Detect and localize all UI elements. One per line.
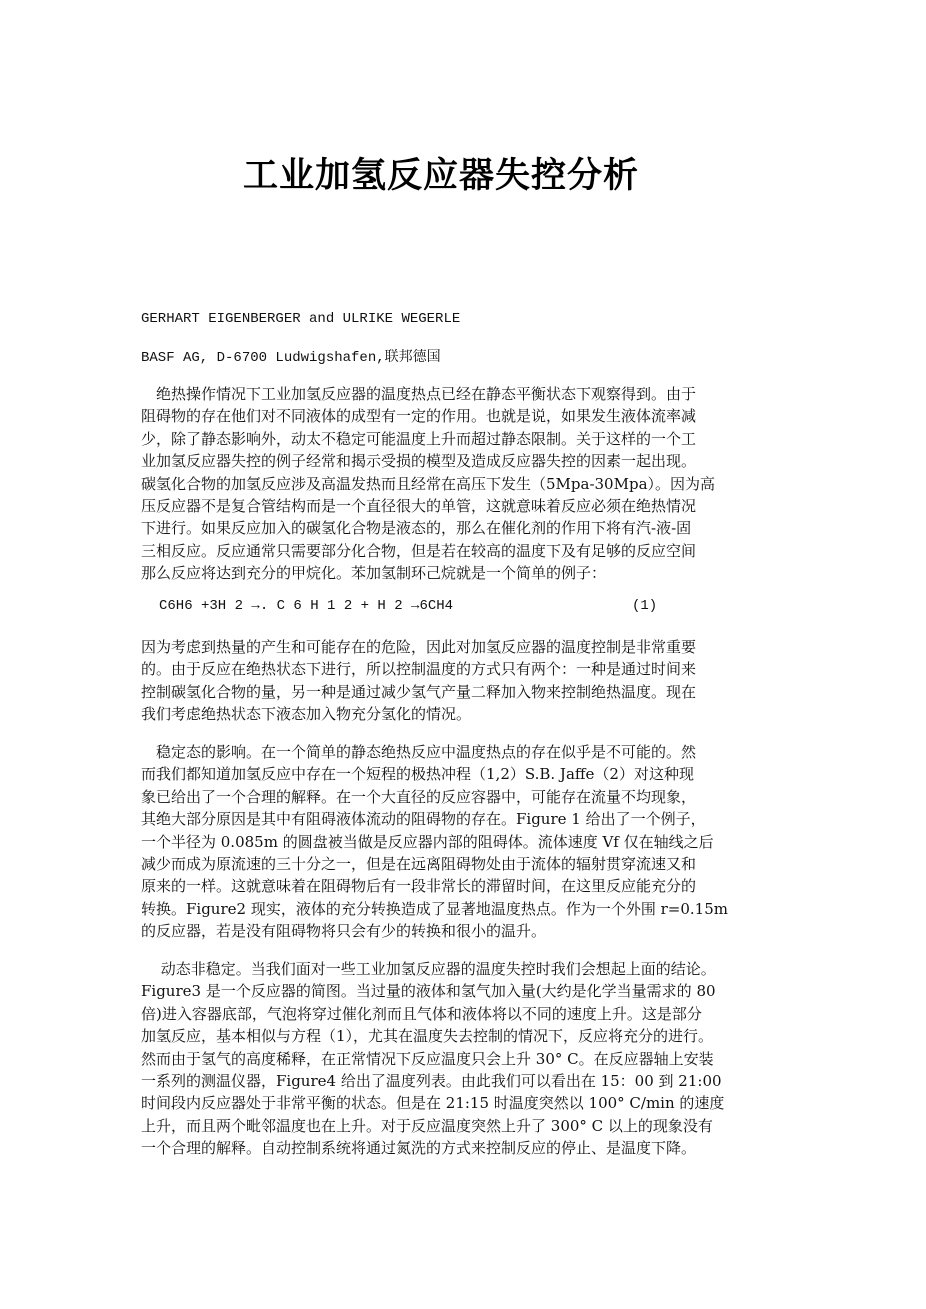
text-line: 倍)进入容器底部，气泡将穿过催化剂而且气体和液体将以不同的速度上升。这是部分 — [141, 1003, 811, 1025]
text-line: 的。由于反应在绝热状态下进行，所以控制温度的方式只有两个：一种是通过时间来 — [141, 658, 811, 680]
text-line: 因为考虑到热量的产生和可能存在的危险，因此对加氢反应器的温度控制是非常重要 — [141, 636, 811, 658]
text-line: 减少而成为原流速的三十分之一，但是在远离阻碍物处由于流体的辐射贯穿流速又和 — [141, 853, 811, 875]
text-line: 碳氢化合物的加氢反应涉及高温发热而且经常在高压下发生（5Mpa-30Mpa）。因… — [141, 473, 811, 495]
text-line: 转换。Figure2 现实，液体的充分转换造成了显著地温度热点。作为一个外围 r… — [141, 898, 811, 920]
text-line: 加氢反应，基本相似与方程（1），尤其在温度失去控制的情况下，反应将充分的进行。 — [141, 1025, 811, 1047]
text-line: 然而由于氢气的高度稀释，在正常情况下反应温度只会上升 30° C。在反应器轴上安… — [141, 1048, 811, 1070]
equation-number: (1) — [632, 598, 657, 614]
equation-text: C6H6 +3H 2 →. C 6 H 1 2 + H 2 →6CH4 — [159, 598, 453, 614]
paragraph-temperature-control: 因为考虑到热量的产生和可能存在的危险，因此对加氢反应器的温度控制是非常重要 的。… — [141, 636, 811, 726]
text-line: 阻碍物的存在他们对不同液体的成型有一定的作用。也就是说，如果发生液体流率减 — [141, 405, 811, 427]
text-line: 下进行。如果反应加入的碳氢化合物是液态的，那么在催化剂的作用下将有汽-液-固 — [141, 517, 811, 539]
text-line: Figure3 是一个反应器的简图。当过量的液体和氢气加入量(大约是化学当量需求… — [141, 980, 811, 1002]
text-line: 动态非稳定。当我们面对一些工业加氢反应器的温度失控时我们会想起上面的结论。 — [141, 958, 811, 980]
text-line: 三相反应。反应通常只需要部分化合物，但是若在较高的温度下及有足够的反应空间 — [141, 540, 811, 562]
text-line: 上升，而且两个毗邻温度也在上升。对于反应温度突然上升了 300° C 以上的现象… — [141, 1115, 811, 1137]
text-line: 稳定态的影响。在一个简单的静态绝热反应中温度热点的存在似乎是不可能的。然 — [141, 741, 811, 763]
text-line: 时间段内反应器处于非常平衡的状态。但是在 21:15 时温度突然以 100° C… — [141, 1092, 811, 1114]
document-title: 工业加氢反应器失控分析 — [243, 148, 639, 198]
text-line: 控制碳氢化合物的量，另一种是通过减少氢气产量二释加入物来控制绝热温度。现在 — [141, 681, 811, 703]
text-line: 而我们都知道加氢反应中存在一个短程的极热冲程（1,2）S.B. Jaffe（2）… — [141, 763, 811, 785]
affiliation: BASF AG, D-6700 Ludwigshafen,联邦德国 — [141, 346, 441, 366]
text-line: 那么反应将达到充分的甲烷化。苯加氢制环己烷就是一个简单的例子： — [141, 562, 811, 584]
text-line: 少，除了静态影响外，动太不稳定可能温度上升而超过静态限制。关于这样的一个工 — [141, 428, 811, 450]
text-line: 的反应器，若是没有阻碍物将只会有少的转换和很小的温升。 — [141, 920, 811, 942]
authors: GERHART EIGENBERGER and ULRIKE WEGERLE — [141, 311, 460, 327]
text-line: 一系列的测温仪器，Figure4 给出了温度列表。由此我们可以看出在 15：00… — [141, 1070, 811, 1092]
text-line: 象已给出了一个合理的解释。在一个大直径的反应容器中，可能存在流量不均现象， — [141, 786, 811, 808]
text-line: 一个合理的解释。自动控制系统将通过氮洗的方式来控制反应的停止、是温度下降。 — [141, 1137, 811, 1159]
text-line: 我们考虑绝热状态下液态加入物充分氢化的情况。 — [141, 703, 811, 725]
paragraph-intro: 绝热操作情况下工业加氢反应器的温度热点已经在静态平衡状态下观察得到。由于 阻碍物… — [141, 383, 811, 585]
text-line: 业加氢反应器失控的例子经常和揭示受损的模型及造成反应器失控的因素一起出现。 — [141, 450, 811, 472]
text-line: 原来的一样。这就意味着在阻碍物后有一段非常长的滞留时间，在这里反应能充分的 — [141, 875, 811, 897]
text-line: 其绝大部分原因是其中有阻碍液体流动的阻碍物的存在。Figure 1 给出了一个例… — [141, 808, 811, 830]
text-line: 一个半径为 0.085m 的圆盘被当做是反应器内部的阻碍体。流体速度 Vf 仅在… — [141, 831, 811, 853]
paragraph-dynamic-instability: 动态非稳定。当我们面对一些工业加氢反应器的温度失控时我们会想起上面的结论。 Fi… — [141, 958, 811, 1160]
text-line: 压反应器不是复合管结构而是一个直径很大的单管，这就意味着反应必须在绝热情况 — [141, 495, 811, 517]
paragraph-steady-state: 稳定态的影响。在一个简单的静态绝热反应中温度热点的存在似乎是不可能的。然 而我们… — [141, 741, 811, 943]
text-line: 绝热操作情况下工业加氢反应器的温度热点已经在静态平衡状态下观察得到。由于 — [141, 383, 811, 405]
